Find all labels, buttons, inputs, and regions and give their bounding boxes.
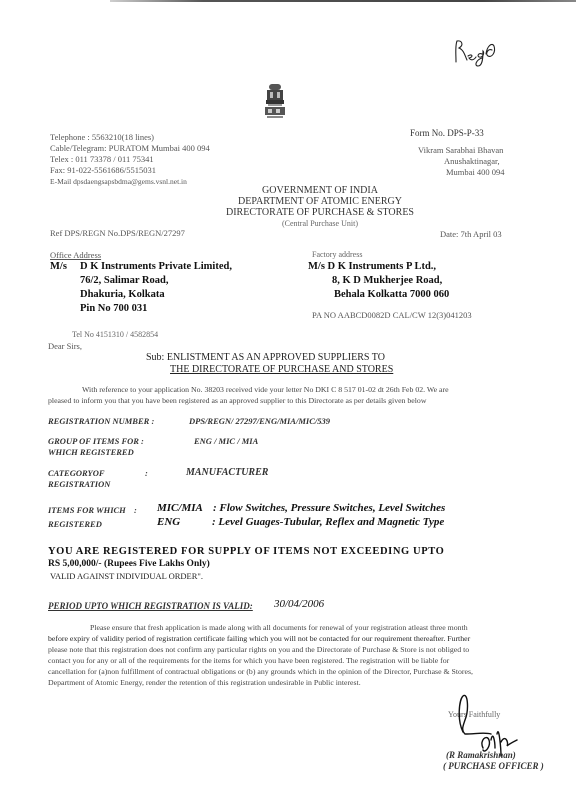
subject-text-1: ENLISTMENT AS AN APPROVED SUPPLIERS TO: [167, 352, 385, 363]
category-colon: :: [145, 468, 148, 479]
office-address-line-1: Vikram Sarabhai Bhavan: [418, 145, 503, 156]
salutation: Dear Sirs,: [48, 341, 82, 352]
notice-line-1: Please ensure that fresh application is …: [90, 623, 468, 634]
office-line-3: Dhakuria, Kolkata: [80, 288, 165, 302]
items-row-1-group: MIC/MIA: [157, 502, 203, 514]
validity-label: PERIOD UPTO WHICH REGISTRATION IS VALID:: [48, 601, 253, 612]
items-row-2-group: ENG: [157, 516, 180, 528]
subject-line-2: THE DIRECTORATE OF PURCHASE AND STORES: [170, 364, 393, 375]
letter-date: Date: 7th April 03: [440, 229, 502, 240]
group-label-1: GROUP OF ITEMS FOR :: [48, 436, 144, 447]
items-label-2: REGISTERED: [48, 519, 102, 530]
subject-line-1: Sub: ENLISTMENT AS AN APPROVED SUPPLIERS…: [146, 352, 385, 363]
group-value: ENG / MIC / MIA: [194, 436, 258, 446]
items-label-1: ITEMS FOR WHICH: [48, 505, 126, 516]
limit-line-3: VALID AGAINST INDIVIDUAL ORDER".: [50, 571, 203, 581]
signatory-designation: ( PURCHASE OFFICER ): [443, 761, 544, 771]
notice-line-4: contact you for any or all of the requir…: [48, 656, 449, 667]
items-colon: :: [134, 505, 137, 516]
org-directorate: DIRECTORATE OF PURCHASE & STORES: [180, 207, 460, 218]
category-label-2: REGISTRATION: [48, 479, 110, 490]
org-government: GOVERNMENT OF INDIA: [180, 185, 460, 196]
notice-line-6: Department of Atomic Energy, render the …: [48, 678, 361, 689]
office-line-1: D K Instruments Private Limited,: [80, 260, 232, 274]
group-label-2: WHICH REGISTERED: [48, 447, 134, 458]
factory-line-1: M/s D K Instruments P Ltd.,: [308, 260, 436, 274]
handwritten-regd-annotation: [452, 36, 502, 68]
contact-telex: Telex : 011 73378 / 011 75341: [50, 154, 154, 165]
limit-line-1: YOU ARE REGISTERED FOR SUPPLY OF ITEMS N…: [48, 546, 444, 557]
contact-telephone: Telephone : 5563210(18 lines): [50, 132, 154, 143]
items-row-1-desc: : Flow Switches, Pressure Switches, Leve…: [213, 502, 445, 514]
factory-address-label: Factory address: [312, 250, 362, 259]
registration-number-label: REGISTRATION NUMBER :: [48, 416, 154, 427]
office-line-2: 76/2, Salimar Road,: [80, 274, 168, 288]
factory-line-3: Behala Kolkatta 7000 060: [334, 288, 449, 302]
registration-number-value: DPS/REGN/ 27297/ENG/MIA/MIC/539: [189, 416, 330, 426]
pa-number: PA NO AABCD0082D CAL/CW 12(3)041203: [312, 310, 472, 321]
org-unit: (Central Purchase Unit): [180, 218, 460, 229]
scan-top-edge: [110, 0, 576, 2]
category-label-1: CATEGORYOF: [48, 468, 105, 479]
contact-cable: Cable/Telegram: PURATOM Mumbai 400 094: [50, 143, 210, 154]
intro-line-2: pleased to inform you that you have been…: [48, 396, 426, 407]
national-emblem-icon: [262, 82, 288, 120]
notice-line-2: before expiry of validity period of regi…: [48, 634, 470, 645]
form-number: Form No. DPS-P-33: [410, 128, 484, 139]
contact-fax: Fax: 91-022-5561686/5515031: [50, 165, 156, 176]
signatory-name: (R Ramakrishnan): [446, 750, 516, 760]
office-line-4: Pin No 700 031: [80, 302, 147, 316]
office-address-line-3: Mumbai 400 094: [446, 167, 505, 178]
limit-line-2: RS 5,00,000/- (Rupees Five Lakhs Only): [48, 559, 210, 569]
category-value: MANUFACTURER: [186, 467, 268, 478]
notice-line-5: cancellation for (a)non fulfillment of c…: [48, 667, 473, 678]
notice-line-3: please note that this registration does …: [48, 645, 469, 656]
reference-number: Ref DPS/REGN No.DPS/REGN/27297: [50, 228, 185, 239]
addressee-telephone: Tel No 4151310 / 4582854: [72, 330, 158, 339]
factory-line-2: 8, K D Mukherjee Road,: [332, 274, 442, 288]
intro-line-1: With reference to your application No. 3…: [82, 385, 449, 396]
items-row-2-desc: : Level Guages-Tubular, Reflex and Magne…: [212, 516, 444, 528]
org-department: DEPARTMENT OF ATOMIC ENERGY: [180, 196, 460, 207]
addressee-prefix: M/s: [50, 260, 67, 274]
contact-email: E-Mail dpsdaengsapsbdma@gems.vsnl.net.in: [50, 176, 187, 187]
validity-date: 30/04/2006: [274, 598, 324, 610]
office-address-line-2: Anushaktinagar,: [444, 156, 500, 167]
subject-prefix: Sub:: [146, 352, 164, 363]
